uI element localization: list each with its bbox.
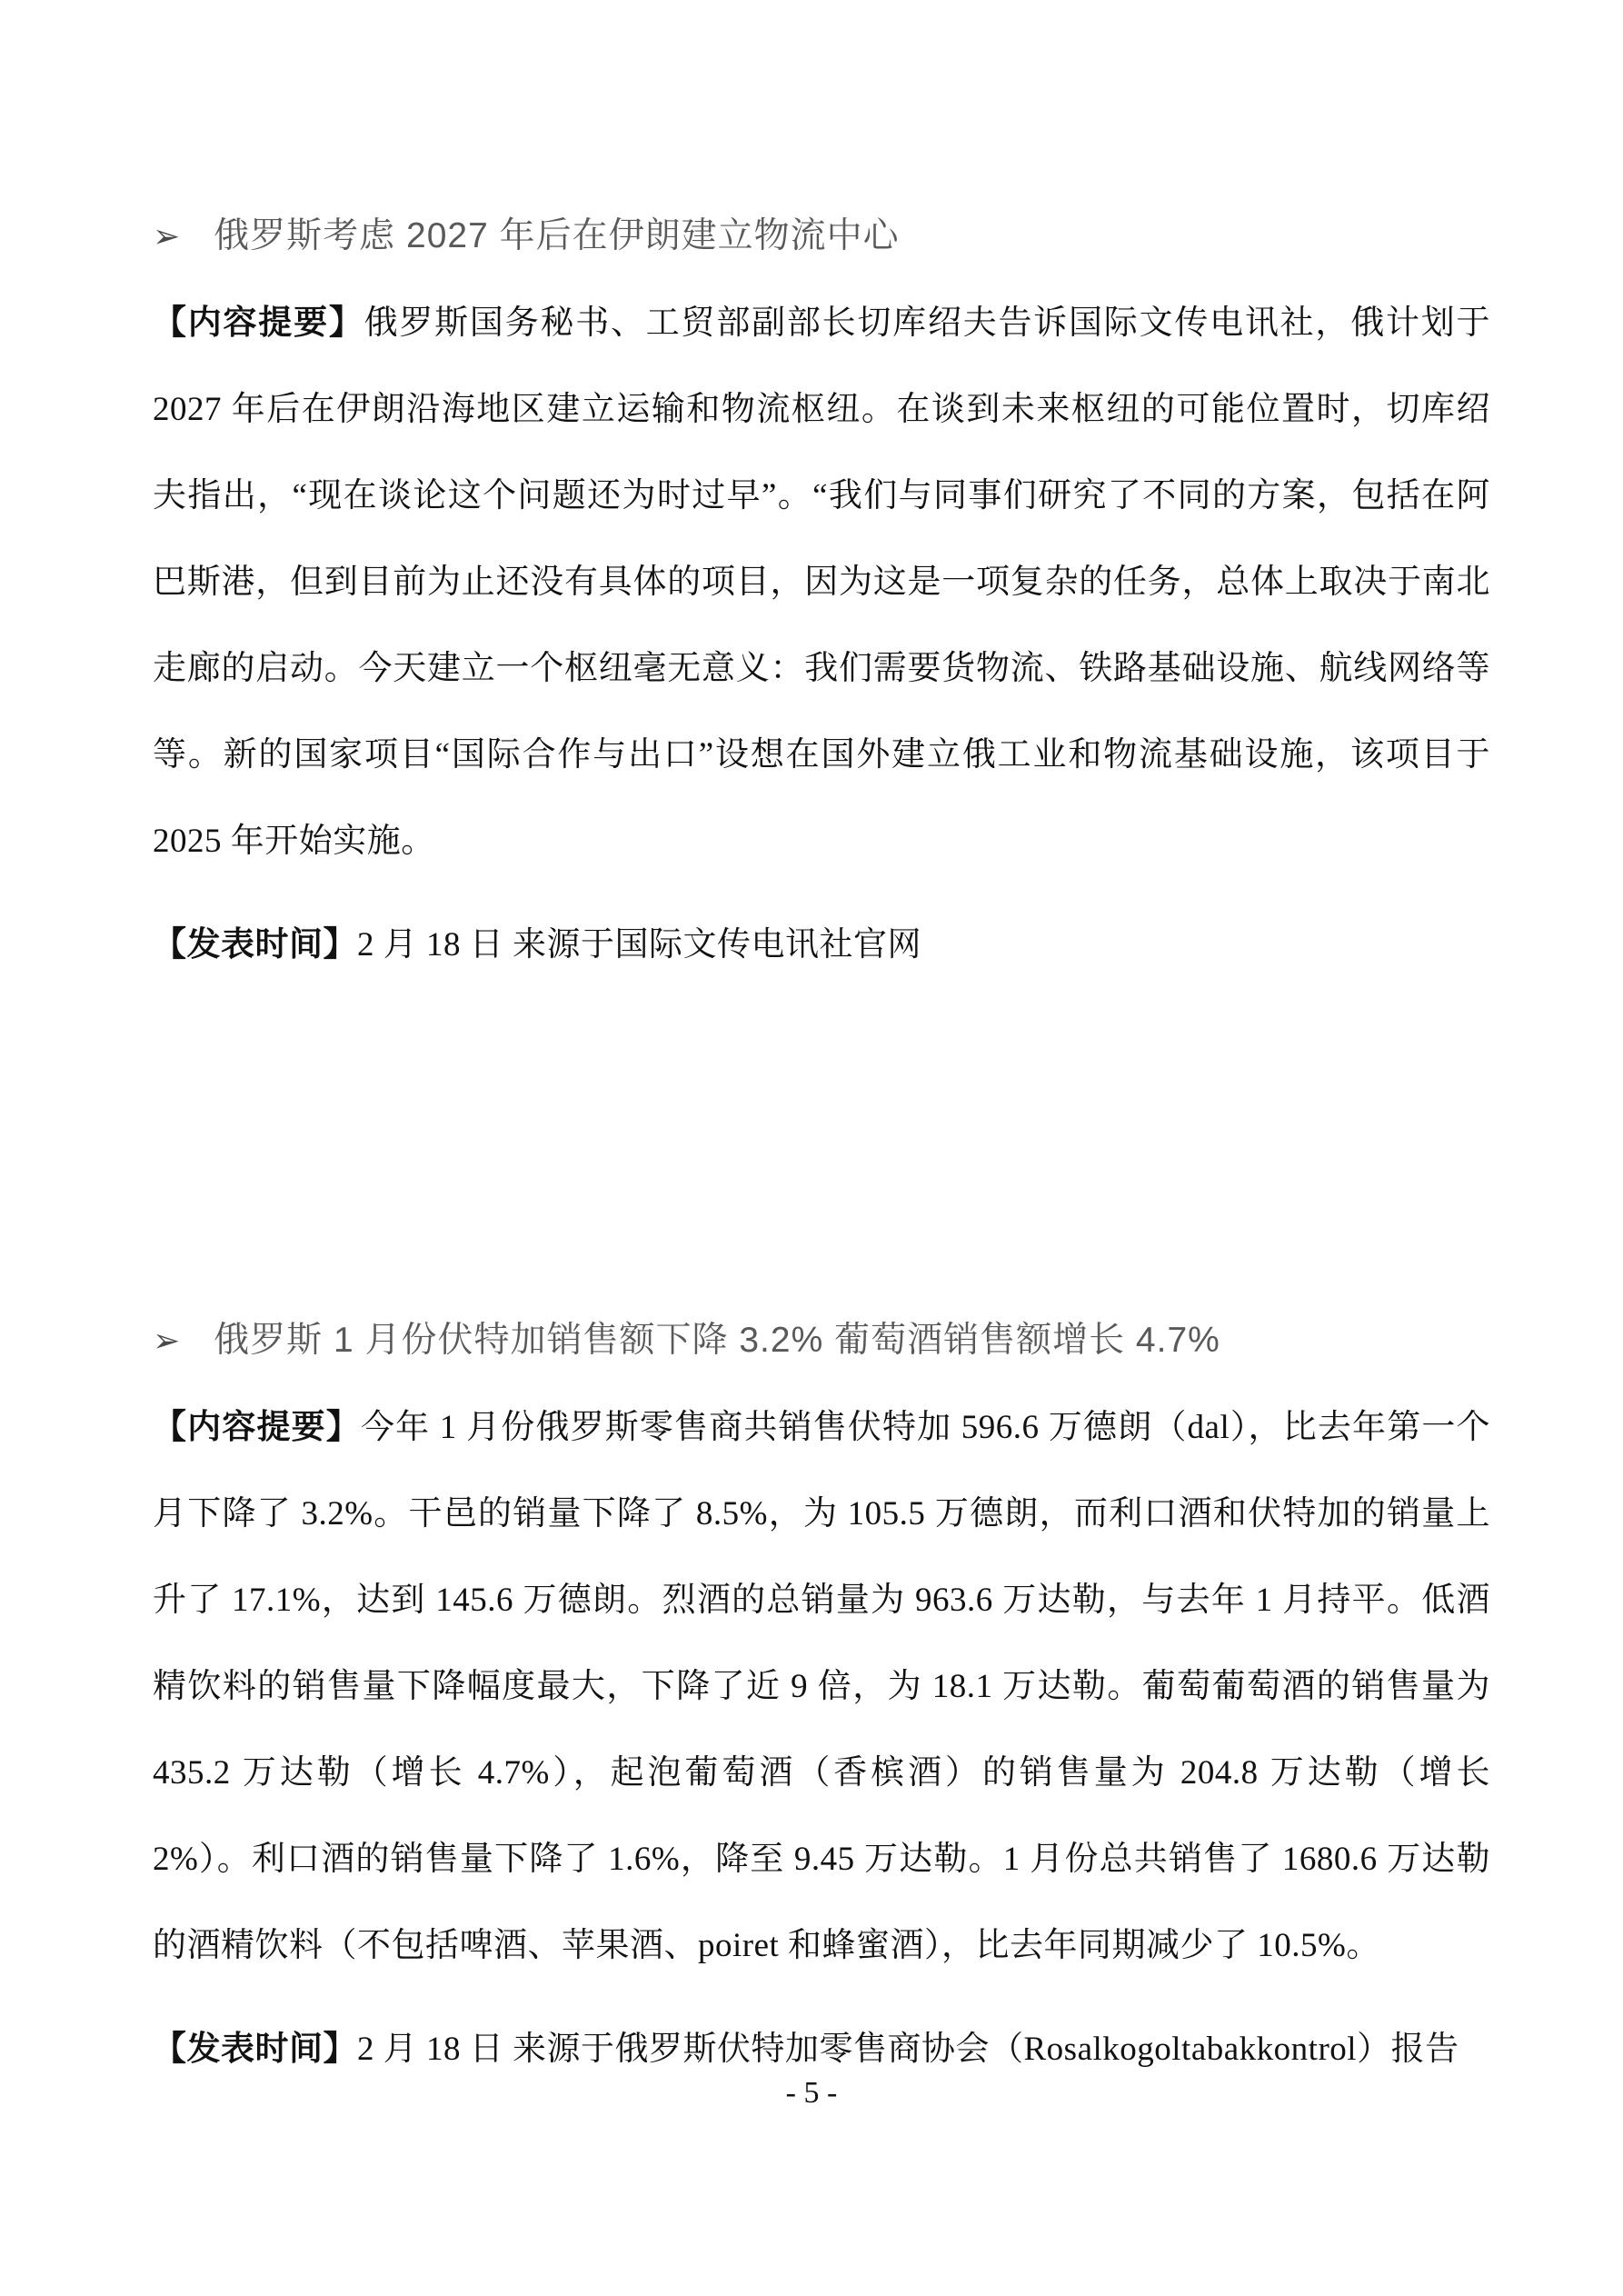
summary-label: 【内容提要】 xyxy=(153,304,364,341)
article-title-text: 俄罗斯 1 月份伏特加销售额下降 3.2% 葡萄酒销售额增长 4.7% xyxy=(214,1321,1220,1360)
page-number: - 5 - xyxy=(0,2076,1623,2111)
arrow-bullet-icon: ➢ xyxy=(153,193,181,279)
summary-text: 俄罗斯国务秘书、工贸部副部长切库绍夫告诉国际文传电讯社，俄计划于 2027 年后… xyxy=(153,304,1490,860)
date-text: 2 月 18 日 来源于俄罗斯伏特加零售商协会（Rosalkogoltabakk… xyxy=(357,2031,1459,2068)
article-iran-logistics: ➢俄罗斯考虑 2027 年后在伊朗建立物流中心 【内容提要】俄罗斯国务秘书、工贸… xyxy=(153,193,1490,988)
summary-label: 【内容提要】 xyxy=(153,1408,361,1445)
article-summary: 【内容提要】俄罗斯国务秘书、工贸部副部长切库绍夫告诉国际文传电讯社，俄计划于 2… xyxy=(153,279,1490,884)
article-summary: 【内容提要】今年 1 月份俄罗斯零售商共销售伏特加 596.6 万德朗（dal）… xyxy=(153,1383,1490,1989)
document-page: ➢俄罗斯考虑 2027 年后在伊朗建立物流中心 【内容提要】俄罗斯国务秘书、工贸… xyxy=(0,0,1623,2296)
article-title: ➢俄罗斯考虑 2027 年后在伊朗建立物流中心 xyxy=(153,193,1490,279)
arrow-bullet-icon: ➢ xyxy=(153,1297,181,1383)
article-publish-date: 【发表时间】2 月 18 日 来源于国际文传电讯社官网 xyxy=(153,901,1490,988)
article-title: ➢俄罗斯 1 月份伏特加销售额下降 3.2% 葡萄酒销售额增长 4.7% xyxy=(153,1297,1490,1383)
article-title-text: 俄罗斯考虑 2027 年后在伊朗建立物流中心 xyxy=(214,216,899,255)
date-text: 2 月 18 日 来源于国际文传电讯社官网 xyxy=(357,926,921,963)
date-label: 【发表时间】 xyxy=(153,2030,357,2067)
summary-text: 今年 1 月份俄罗斯零售商共销售伏特加 596.6 万德朗（dal），比去年第一… xyxy=(153,1409,1490,1964)
article-vodka-sales: ➢俄罗斯 1 月份伏特加销售额下降 3.2% 葡萄酒销售额增长 4.7% 【内容… xyxy=(153,1297,1490,2092)
date-label: 【发表时间】 xyxy=(153,925,357,963)
